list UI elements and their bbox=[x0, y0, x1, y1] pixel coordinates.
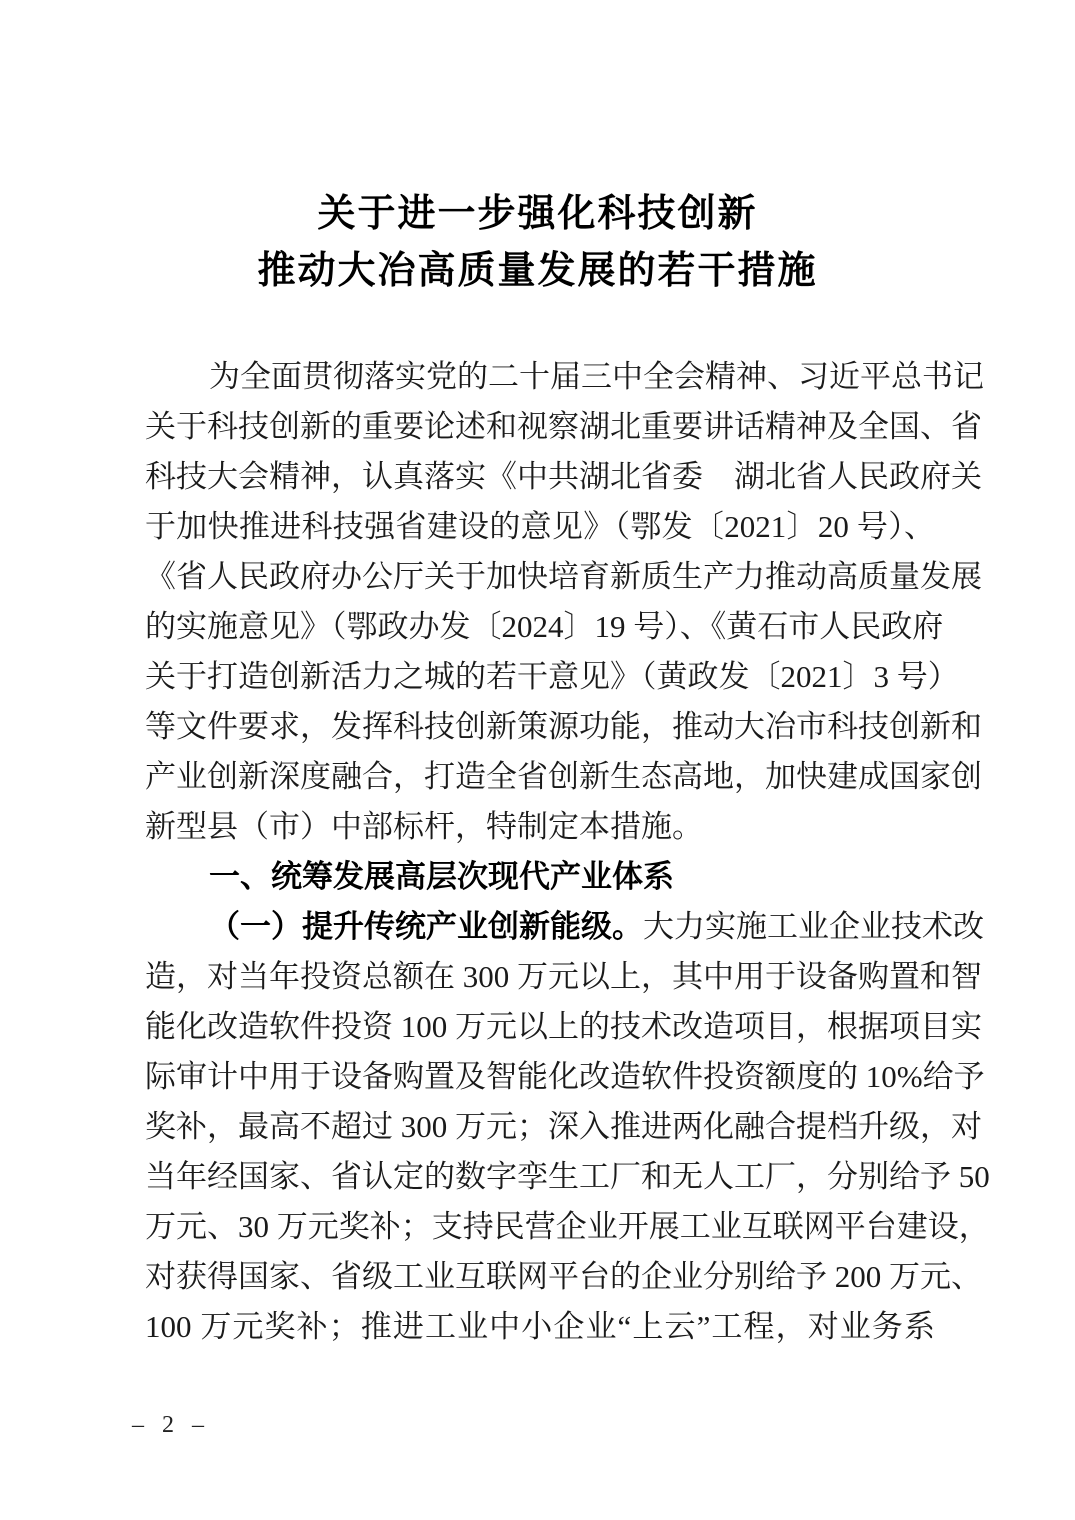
document-title: 关于进一步强化科技创新 推动大冶高质量发展的若干措施 bbox=[0, 186, 1075, 300]
body-line: 100 万元奖补；推进工业中小企业“上云”工程，对业务系 bbox=[145, 1302, 935, 1352]
body-line: 《省人民政府办公厅关于加快培育新质生产力推动高质量发展 bbox=[145, 552, 935, 602]
body-line: 新型县（市）中部标杆，特制定本措施。 bbox=[145, 802, 935, 852]
body-line: 能化改造软件投资 100 万元以上的技术改造项目，根据项目实 bbox=[145, 1002, 935, 1052]
body-line: 当年经国家、省认定的数字孪生工厂和无人工厂，分别给予 50 bbox=[145, 1152, 935, 1202]
section-heading: 一、统筹发展高层次现代产业体系 bbox=[145, 852, 935, 902]
document-body: 为全面贯彻落实党的二十届三中全会精神、习近平总书记 关于科技创新的重要论述和视察… bbox=[145, 352, 935, 1352]
body-line: 科技大会精神，认真落实《中共湖北省委 湖北省人民政府关 bbox=[145, 452, 935, 502]
body-line: 关于科技创新的重要论述和视察湖北重要讲话精神及全国、省 bbox=[145, 402, 935, 452]
body-text: 大力实施工业企业技术改 bbox=[643, 909, 984, 944]
body-line: 万元、30 万元奖补；支持民营企业开展工业互联网平台建设， bbox=[145, 1202, 935, 1252]
body-line: 等文件要求，发挥科技创新策源功能，推动大冶市科技创新和 bbox=[145, 702, 935, 752]
document-page: 关于进一步强化科技创新 推动大冶高质量发展的若干措施 为全面贯彻落实党的二十届三… bbox=[0, 0, 1075, 1520]
body-line: 于加快推进科技强省建设的意见》（鄂发〔2021〕20 号）、 bbox=[145, 502, 935, 552]
body-line: 对获得国家、省级工业互联网平台的企业分别给予 200 万元、 bbox=[145, 1252, 935, 1302]
body-line: 产业创新深度融合，打造全省创新生态高地，加快建成国家创 bbox=[145, 752, 935, 802]
body-line: 奖补，最高不超过 300 万元；深入推进两化融合提档升级，对 bbox=[145, 1102, 935, 1152]
body-line: 为全面贯彻落实党的二十届三中全会精神、习近平总书记 bbox=[145, 352, 935, 402]
document-title-line-1: 关于进一步强化科技创新 bbox=[0, 186, 1075, 243]
body-line: 际审计中用于设备购置及智能化改造软件投资额度的 10%给予 bbox=[145, 1052, 935, 1102]
body-line: 关于打造创新活力之城的若干意见》（黄政发〔2021〕3 号） bbox=[145, 652, 935, 702]
body-line: 的实施意见》（鄂政办发〔2024〕19 号）、《黄石市人民政府 bbox=[145, 602, 935, 652]
body-line: （一）提升传统产业创新能级。大力实施工业企业技术改 bbox=[145, 902, 935, 952]
page-number: – 2 – bbox=[132, 1412, 210, 1439]
document-title-line-2: 推动大冶高质量发展的若干措施 bbox=[0, 243, 1075, 300]
body-line: 造，对当年投资总额在 300 万元以上，其中用于设备购置和智 bbox=[145, 952, 935, 1002]
subsection-heading: （一）提升传统产业创新能级。 bbox=[209, 909, 643, 944]
